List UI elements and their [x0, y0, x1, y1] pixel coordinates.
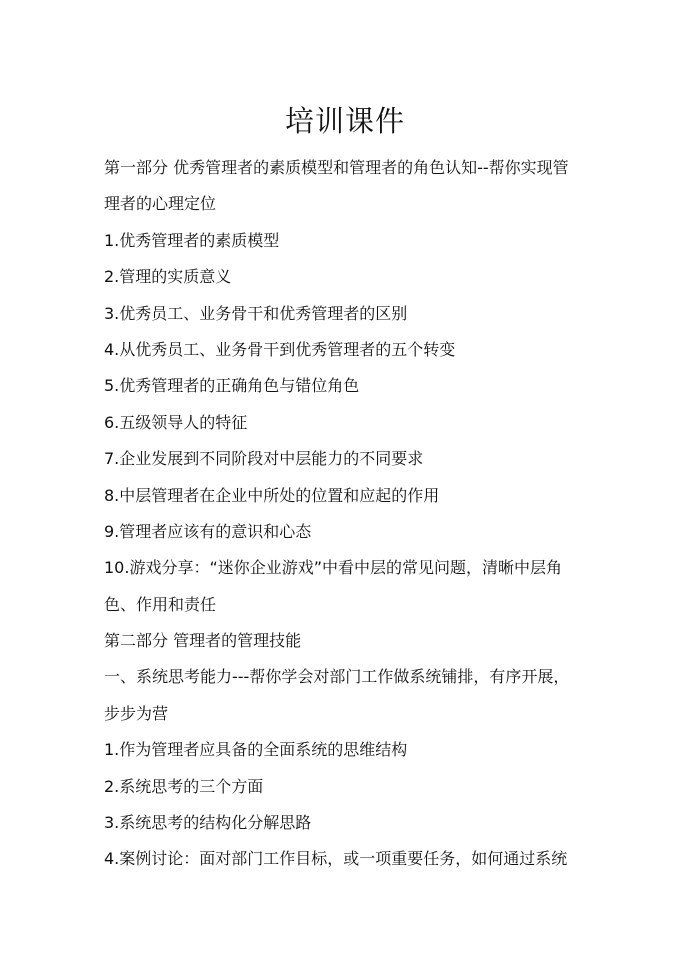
list-item: 3.优秀员工、业务骨干和优秀管理者的区别	[104, 296, 590, 332]
document-page: 培训课件 第一部分 优秀管理者的素质模型和管理者的角色认知--帮你实现管 理者的…	[0, 0, 690, 976]
list-item: 2.管理的实质意义	[104, 259, 590, 295]
list-item: 4.案例讨论：面对部门工作目标，或一项重要任务，如何通过系统	[104, 841, 590, 877]
section-heading-part-1: 第一部分 优秀管理者的素质模型和管理者的角色认知--帮你实现管	[104, 150, 590, 186]
section-heading-part-2: 第二部分 管理者的管理技能	[104, 623, 590, 659]
list-item: 2.系统思考的三个方面	[104, 769, 590, 805]
document-body: 第一部分 优秀管理者的素质模型和管理者的角色认知--帮你实现管 理者的心理定位 …	[104, 150, 590, 878]
list-item: 4.从优秀员工、业务骨干到优秀管理者的五个转变	[104, 332, 590, 368]
list-item: 1.优秀管理者的素质模型	[104, 223, 590, 259]
subsection-heading: 一、系统思考能力---帮你学会对部门工作做系统铺排，有序开展，	[104, 659, 590, 695]
list-item: 6.五级领导人的特征	[104, 405, 590, 441]
subsection-heading-continued: 步步为营	[104, 696, 590, 732]
list-item-continued: 色、作用和责任	[104, 587, 590, 623]
list-item: 1.作为管理者应具备的全面系统的思维结构	[104, 732, 590, 768]
section-heading-part-1-continued: 理者的心理定位	[104, 186, 590, 222]
list-item: 3.系统思考的结构化分解思路	[104, 805, 590, 841]
list-item: 10.游戏分享：“迷你企业游戏”中看中层的常见问题，清晰中层角	[104, 550, 590, 586]
list-item: 5.优秀管理者的正确角色与错位角色	[104, 368, 590, 404]
list-item: 7.企业发展到不同阶段对中层能力的不同要求	[104, 441, 590, 477]
list-item: 9.管理者应该有的意识和心态	[104, 514, 590, 550]
document-title: 培训课件	[0, 101, 690, 141]
list-item: 8.中层管理者在企业中所处的位置和应起的作用	[104, 478, 590, 514]
